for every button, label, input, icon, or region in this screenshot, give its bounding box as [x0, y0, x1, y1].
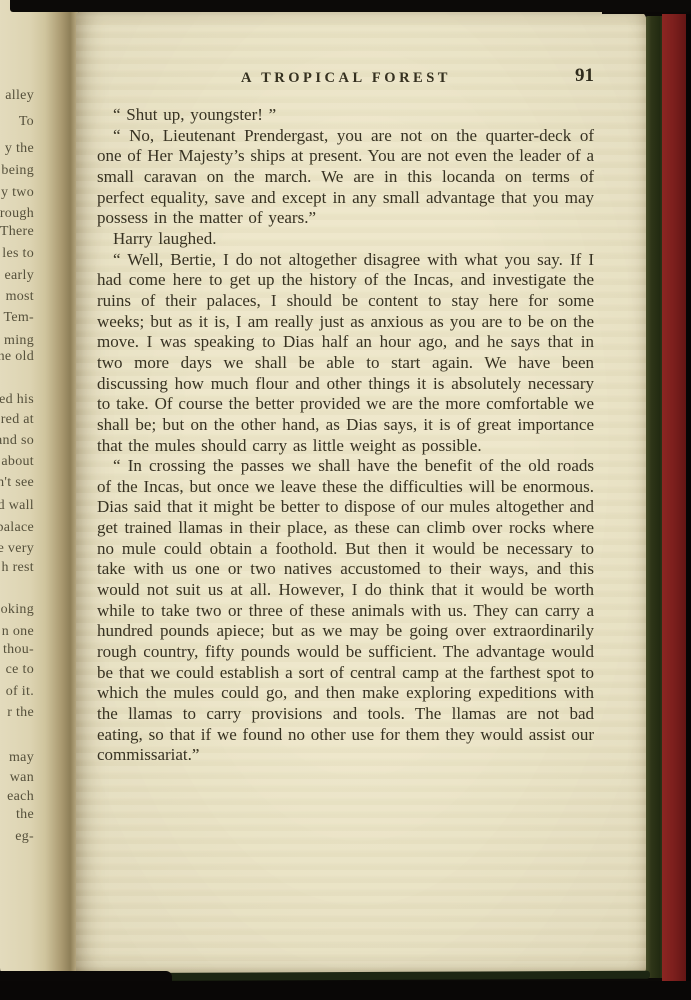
page-body-text: “ Shut up, youngster! ” “ No, Lieutenant…: [97, 105, 594, 766]
page-fragment: thou-: [3, 642, 34, 658]
page-fragment: d wall: [0, 498, 34, 514]
page-fragment: rough: [0, 206, 34, 222]
book-page: A TROPICAL FOREST 91 “ Shut up, youngste…: [76, 12, 646, 975]
page-fragment: he old: [0, 349, 34, 365]
page-fragment: wan: [10, 770, 34, 786]
paragraph: “ Shut up, youngster! ”: [97, 105, 594, 126]
page-fragment: There: [0, 224, 34, 240]
running-title: A TROPICAL FOREST: [241, 70, 451, 87]
paragraph: “ No, Lieutenant Prendergast, you are no…: [97, 126, 594, 229]
scan-background-right: [686, 0, 691, 1000]
page-fragment: r the: [7, 705, 34, 721]
page-fragment: n one: [2, 624, 34, 640]
page-fragment: h rest: [1, 560, 34, 576]
facing-page-edge: alley To y the being y two rough There l…: [0, 0, 78, 978]
page-fragment: y the: [5, 141, 34, 157]
page-fragment: ed his: [0, 392, 34, 408]
page-fragment: e very: [0, 541, 34, 557]
page-fragment: each: [7, 789, 34, 805]
page-fragment: most: [6, 289, 34, 305]
page-fragment: alley: [5, 88, 34, 104]
page-fragment: ce to: [6, 662, 34, 678]
page-fragment: red at: [1, 412, 34, 428]
page-fragment: ming: [4, 333, 34, 349]
page-fragment: n't see: [0, 475, 34, 491]
book-scan: alley To y the being y two rough There l…: [0, 0, 691, 1000]
page-fragment: may: [9, 750, 34, 766]
running-head: A TROPICAL FOREST 91: [98, 68, 594, 90]
page-fragment: palace: [0, 520, 34, 536]
paragraph: Harry laughed.: [97, 229, 594, 250]
page-fragment: Tem-: [3, 310, 34, 326]
paragraph: “ Well, Bertie, I do not altogether disa…: [97, 250, 594, 457]
page-fragment: of it.: [6, 684, 34, 700]
page-fragment: y two: [1, 185, 34, 201]
book-cover-red: [662, 3, 688, 1000]
paragraph: “ In crossing the passes we shall have t…: [97, 456, 594, 766]
page-fragment: les to: [2, 246, 34, 262]
scan-background-top: [10, 0, 691, 12]
page-fragment: early: [5, 268, 34, 284]
page-fragment: the: [16, 807, 34, 823]
page-fragment: oking: [1, 602, 34, 618]
scan-background-bottom: [0, 981, 691, 1000]
page-fragment: and so: [0, 433, 34, 449]
page-fragment: eg-: [15, 829, 34, 845]
page-fragment: being: [1, 163, 34, 179]
page-fragment: To: [19, 114, 34, 130]
page-number: 91: [575, 65, 594, 87]
page-fragment: about: [1, 454, 34, 470]
